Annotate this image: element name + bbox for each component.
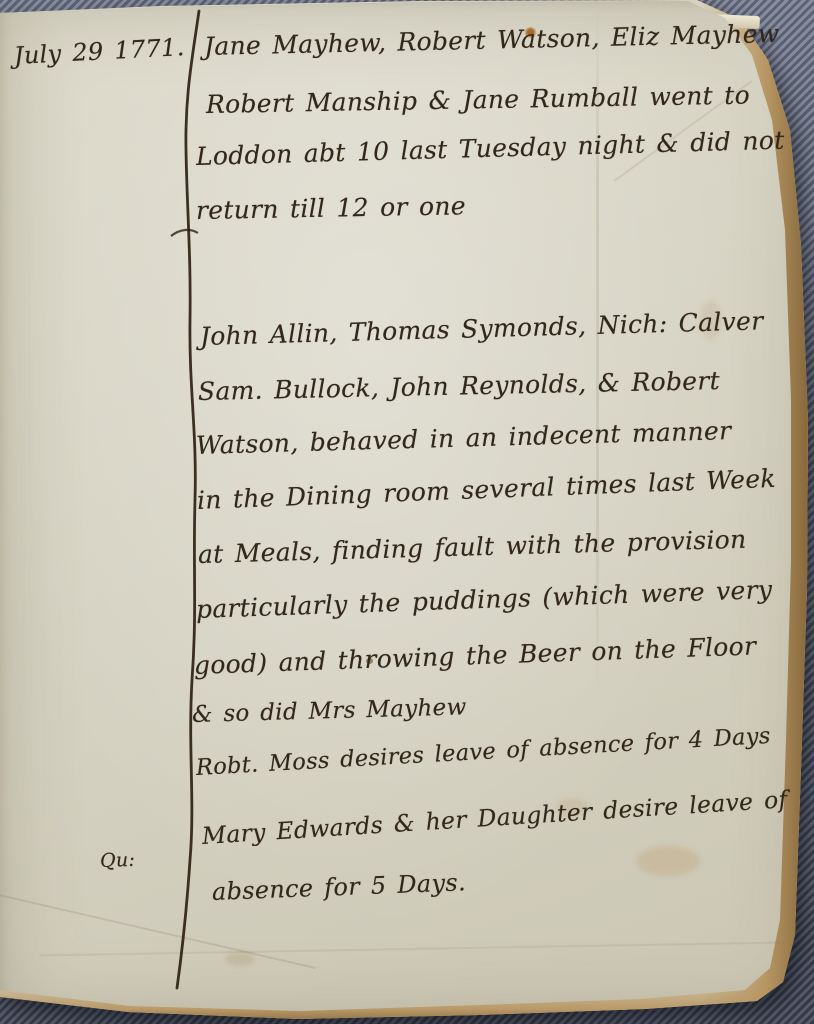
margin-annotation: Qu: bbox=[100, 849, 136, 872]
manuscript-photo: July 29 1771. Jane Mayhew, Robert Watson… bbox=[0, 0, 814, 1024]
manuscript-line: return till 12 or one bbox=[196, 191, 466, 225]
